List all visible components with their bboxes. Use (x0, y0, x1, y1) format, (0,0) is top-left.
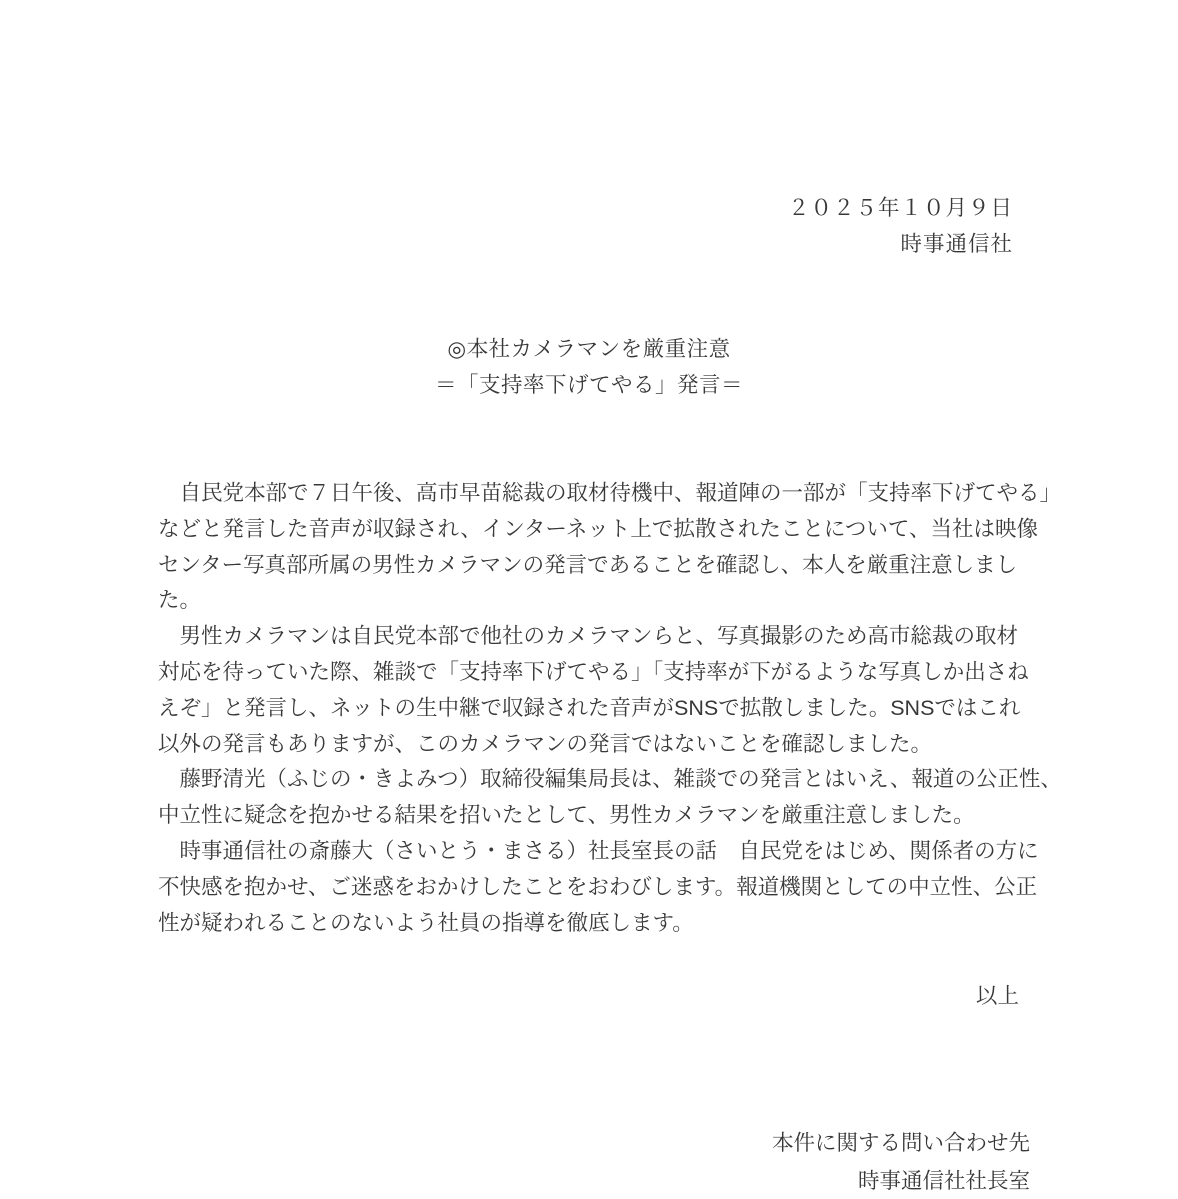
body-paragraph-1: 自民党本部で７日午後、高市早苗総裁の取材待機中、報道陣の一部が「支持率下げてやる… (158, 476, 1118, 619)
document-subtitle: ＝「支持率下げてやる」発言＝ (0, 367, 1178, 403)
document-title-block: ◎本社カメラマンを厳重注意 ＝「支持率下げてやる」発言＝ (0, 331, 1178, 403)
document-body: 自民党本部で７日午後、高市早苗総裁の取材待機中、報道陣の一部が「支持率下げてやる… (158, 476, 1118, 941)
closing-text: 以上 (976, 978, 1019, 1014)
contact-department: 時事通信社社長室 (772, 1162, 1030, 1199)
document-date: ２０２５年１０月９日 (788, 190, 1013, 226)
contact-info: 本件に関する問い合わせ先 時事通信社社長室 (772, 1124, 1030, 1199)
organization-name: 時事通信社 (788, 226, 1013, 262)
header-meta: ２０２５年１０月９日 時事通信社 (788, 190, 1013, 262)
contact-heading: 本件に関する問い合わせ先 (772, 1124, 1030, 1162)
body-paragraph-4: 時事通信社の斎藤大（さいとう・まさる）社長室長の話 自民党をはじめ、関係者の方に… (158, 834, 1118, 941)
document-title: ◎本社カメラマンを厳重注意 (0, 331, 1178, 367)
press-release-document: ２０２５年１０月９日 時事通信社 ◎本社カメラマンを厳重注意 ＝「支持率下げてや… (0, 0, 1178, 1199)
body-paragraph-3: 藤野清光（ふじの・きよみつ）取締役編集局長は、雑談での発言とはいえ、報道の公正性… (158, 762, 1118, 834)
body-paragraph-2: 男性カメラマンは自民党本部で他社のカメラマンらと、写真撮影のため高市総裁の取材 … (158, 619, 1118, 762)
